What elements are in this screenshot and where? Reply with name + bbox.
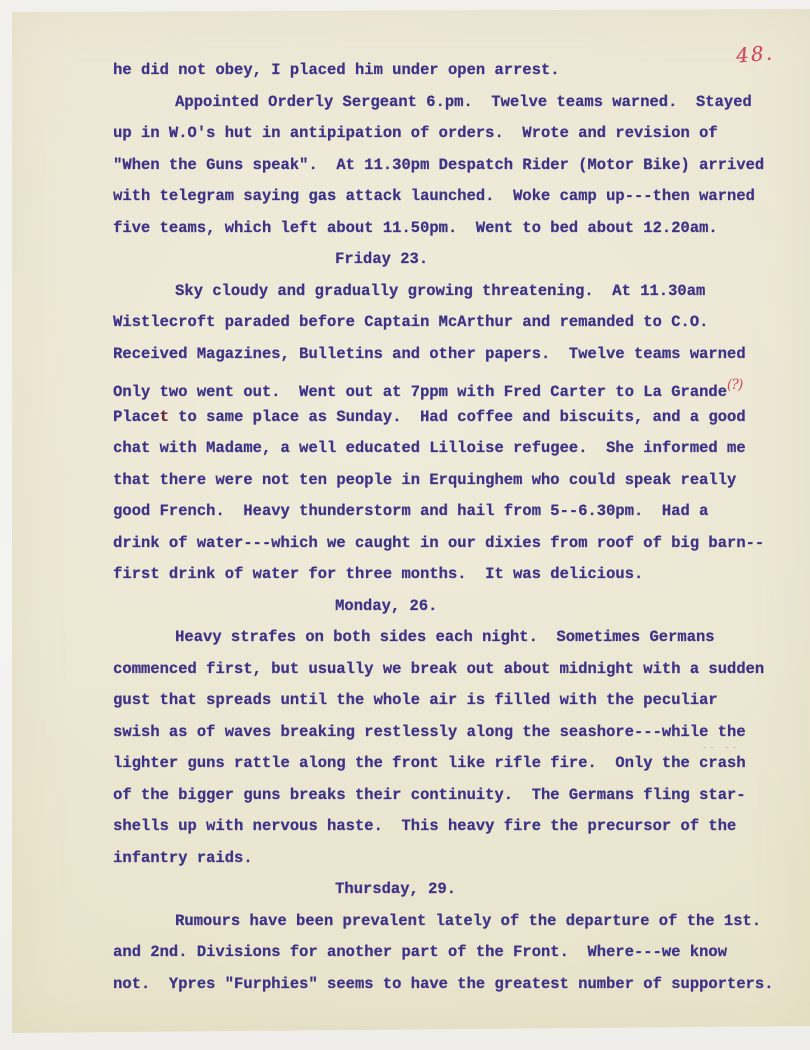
text-line: five teams, which left about 11.50pm. We…: [113, 213, 803, 245]
text-segment: Place: [113, 408, 160, 426]
text-line: Appointed Orderly Sergeant 6.pm. Twelve …: [113, 87, 803, 119]
text-line: infantry raids.: [113, 843, 803, 875]
text-line: chat with Madame, a well educated Lilloi…: [113, 433, 803, 465]
text-line: Heavy strafes on both sides each night. …: [113, 622, 803, 654]
document-page: 48. -- -- he did not obey, I placed him …: [12, 9, 810, 1033]
text-line: and 2nd. Divisions for another part of t…: [113, 937, 803, 969]
text-line: gust that spreads until the whole air is…: [113, 685, 803, 717]
text-line: Wistlecroft paraded before Captain McArt…: [113, 307, 803, 339]
text-line: "When the Guns speak". At 11.30pm Despat…: [113, 150, 803, 182]
text-line: Sky cloudy and gradually growing threate…: [113, 276, 803, 308]
text-line: good French. Heavy thunderstorm and hail…: [113, 496, 803, 528]
date-heading: Thursday, 29.: [113, 874, 803, 906]
text-segment: Only two went out. Went out at 7ppm with…: [113, 383, 727, 401]
text-line: up in W.O's hut in antipipation of order…: [113, 118, 803, 150]
text-line: Placet to same place as Sunday. Had coff…: [113, 402, 803, 434]
text-line: Received Magazines, Bulletins and other …: [113, 339, 803, 371]
text-line: shells up with nervous haste. This heavy…: [113, 811, 803, 843]
text-line: Rumours have been prevalent lately of th…: [113, 906, 803, 938]
text-line: drink of water---which we caught in our …: [113, 528, 803, 560]
document-lines: he did not obey, I placed him under open…: [113, 55, 803, 1000]
text-line: he did not obey, I placed him under open…: [113, 55, 803, 87]
red-query-annotation: (?): [727, 377, 742, 393]
text-line: of the bigger guns breaks their continui…: [113, 780, 803, 812]
text-line: swish as of waves breaking restlessly al…: [113, 717, 803, 749]
scan-background: 48. -- -- he did not obey, I placed him …: [0, 0, 810, 1050]
text-line: first drink of water for three months. I…: [113, 559, 803, 591]
text-line: Only two went out. Went out at 7ppm with…: [113, 370, 803, 402]
text-line: not. Ypres "Furphies" seems to have the …: [113, 969, 803, 1001]
date-heading: Friday 23.: [113, 244, 803, 276]
text-line: that there were not ten people in Erquin…: [113, 465, 803, 497]
text-line: lighter guns rattle along the front like…: [113, 748, 803, 780]
date-heading: Monday, 26.: [113, 591, 803, 623]
text-line: with telegram saying gas attack launched…: [113, 181, 803, 213]
overstruck-character: t: [160, 408, 169, 426]
text-line: commenced first, but usually we break ou…: [113, 654, 803, 686]
text-segment: to same place as Sunday. Had coffee and …: [169, 408, 746, 426]
